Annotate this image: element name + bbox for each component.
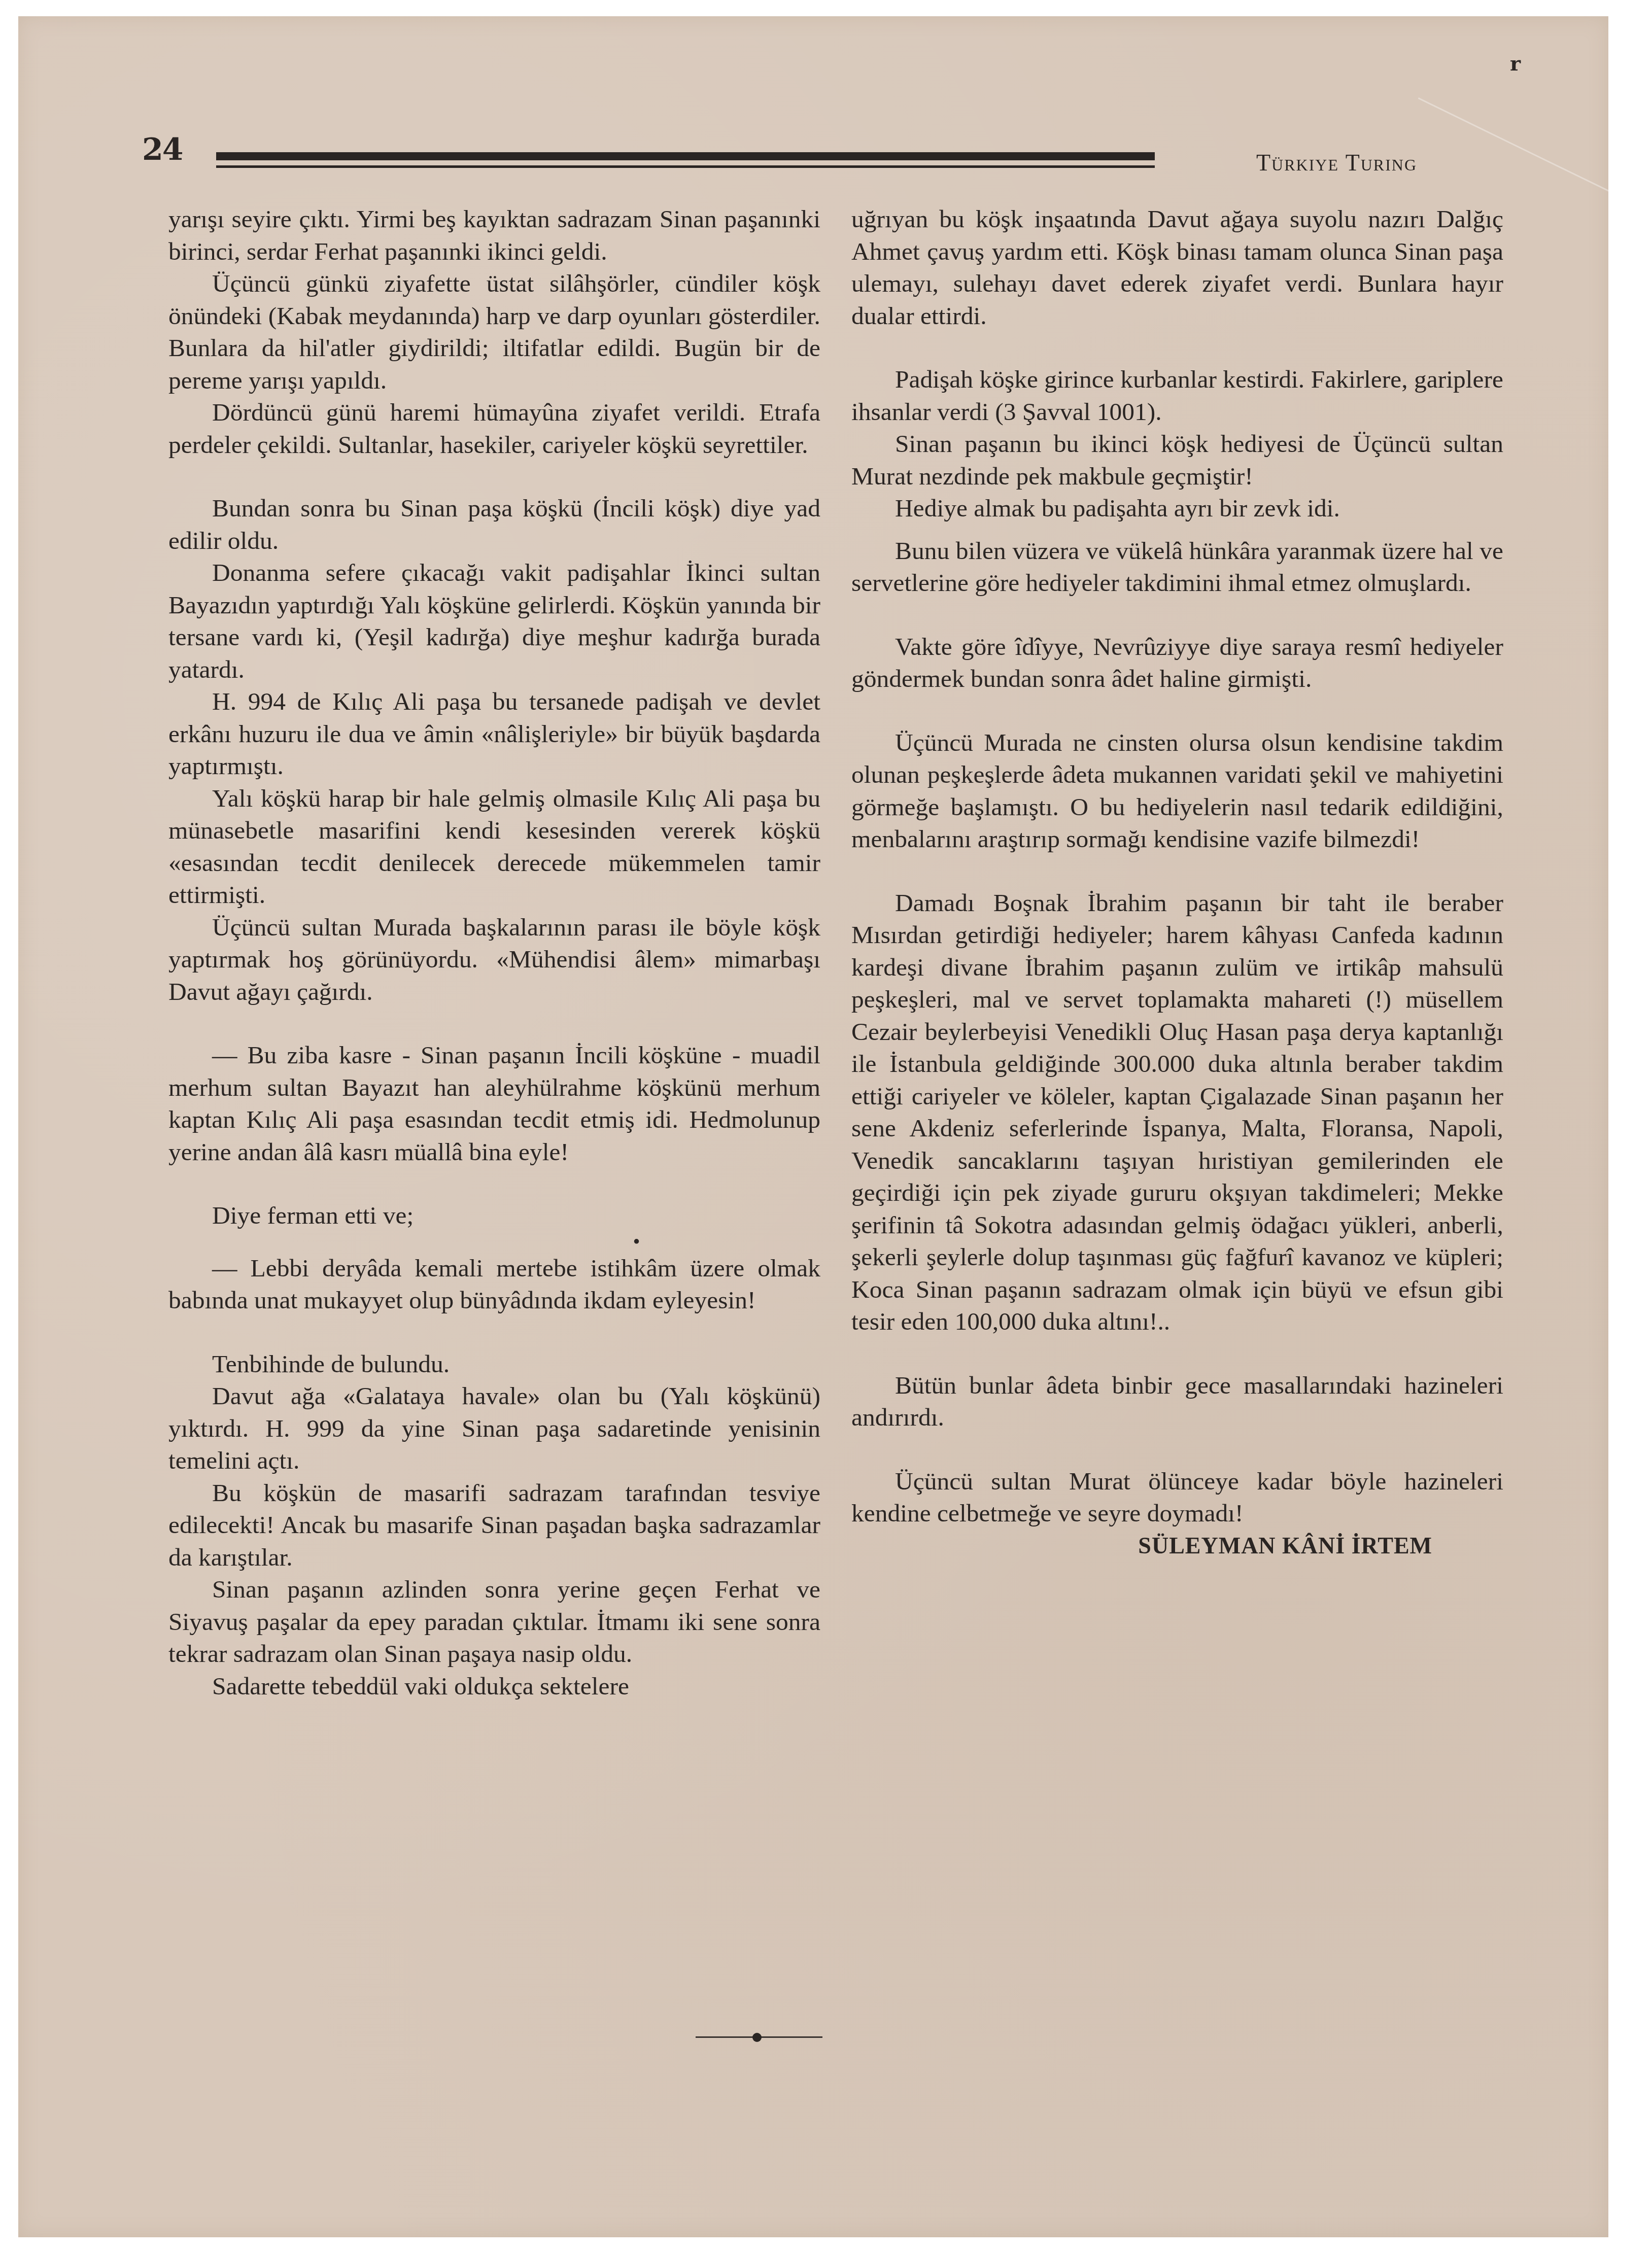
header-rule-thick [216, 152, 1155, 160]
paragraph: Damadı Boşnak İbrahim paşanın bir taht i… [851, 887, 1503, 1338]
paragraph: Vakte göre îdîyye, Nevrûziyye diye saray… [851, 631, 1503, 695]
paper-crease [1418, 97, 1610, 192]
end-ornament-icon [696, 2033, 822, 2041]
corner-mark: r [1510, 52, 1521, 76]
author-signature: SÜLEYMAN KÂNİ İRTEM [851, 1530, 1503, 1562]
paragraph: Tenbihinde de bulundu. [168, 1348, 820, 1380]
magazine-page: r 24 Türkiye Turing yarışı seyire çıktı.… [18, 16, 1608, 2237]
right-column: uğrıyan bu köşk inşaatında Davut ağaya s… [851, 203, 1503, 1562]
paragraph: Dördüncü günü haremi hümayûna ziyafet ve… [168, 396, 820, 461]
left-column: yarışı seyire çıktı. Yirmi beş kayıktan … [168, 203, 820, 1702]
paragraph: Sinan paşanın azlinden sonra yerine geçe… [168, 1573, 820, 1670]
paragraph: uğrıyan bu köşk inşaatında Davut ağaya s… [851, 203, 1503, 332]
paragraph: Bundan sonra bu Sinan paşa köşkü (İncili… [168, 492, 820, 557]
paragraph: Sinan paşanın bu ikinci köşk hediyesi de… [851, 428, 1503, 492]
paragraph: Bunu bilen vüzera ve vükelâ hünkâra yara… [851, 535, 1503, 599]
paragraph: — Bu ziba kasre - Sinan paşanın İncili k… [168, 1039, 820, 1168]
ornament-dot [752, 2033, 762, 2042]
header-rule-thin [216, 165, 1155, 168]
paragraph: Donanma sefere çıkacağı vakit padişahlar… [168, 557, 820, 685]
paragraph: — Lebbi deryâda kemali mertebe istihkâm … [168, 1252, 820, 1316]
paragraph: Yalı köşkü harap bir hale gelmiş olmasil… [168, 782, 820, 911]
paragraph: Hediye almak bu padişahta ayrı bir zevk … [851, 492, 1503, 525]
paragraph: Bu köşkün de masarifi sadrazam tarafında… [168, 1477, 820, 1574]
paragraph: H. 994 de Kılıç Ali paşa bu tersanede pa… [168, 685, 820, 782]
page-number: 24 [142, 132, 183, 167]
paragraph: Sadarette tebeddül vaki oldukça sekteler… [168, 1670, 820, 1703]
paragraph: Üçüncü sultan Murat ölünceye kadar böyle… [851, 1465, 1503, 1530]
paragraph: Üçüncü sultan Murada başkalarının parası… [168, 911, 820, 1008]
paragraph: Davut ağa «Galataya havale» olan bu (Yal… [168, 1380, 820, 1477]
paragraph: yarışı seyire çıktı. Yirmi beş kayıktan … [168, 203, 820, 267]
header-rule-icon [216, 152, 1155, 170]
paragraph: Padişah köşke girince kurbanlar kestirdi… [851, 363, 1503, 428]
bullet-dot-icon: • [168, 1232, 820, 1252]
paragraph: Bütün bunlar âdeta binbir gece masalları… [851, 1369, 1503, 1434]
running-title: Türkiye Turing [1256, 149, 1417, 176]
paragraph: Diye ferman etti ve; [168, 1199, 820, 1232]
paragraph: Üçüncü günkü ziyafette üstat silâhşörler… [168, 267, 820, 396]
paragraph: Üçüncü Murada ne cinsten olursa olsun ke… [851, 726, 1503, 855]
